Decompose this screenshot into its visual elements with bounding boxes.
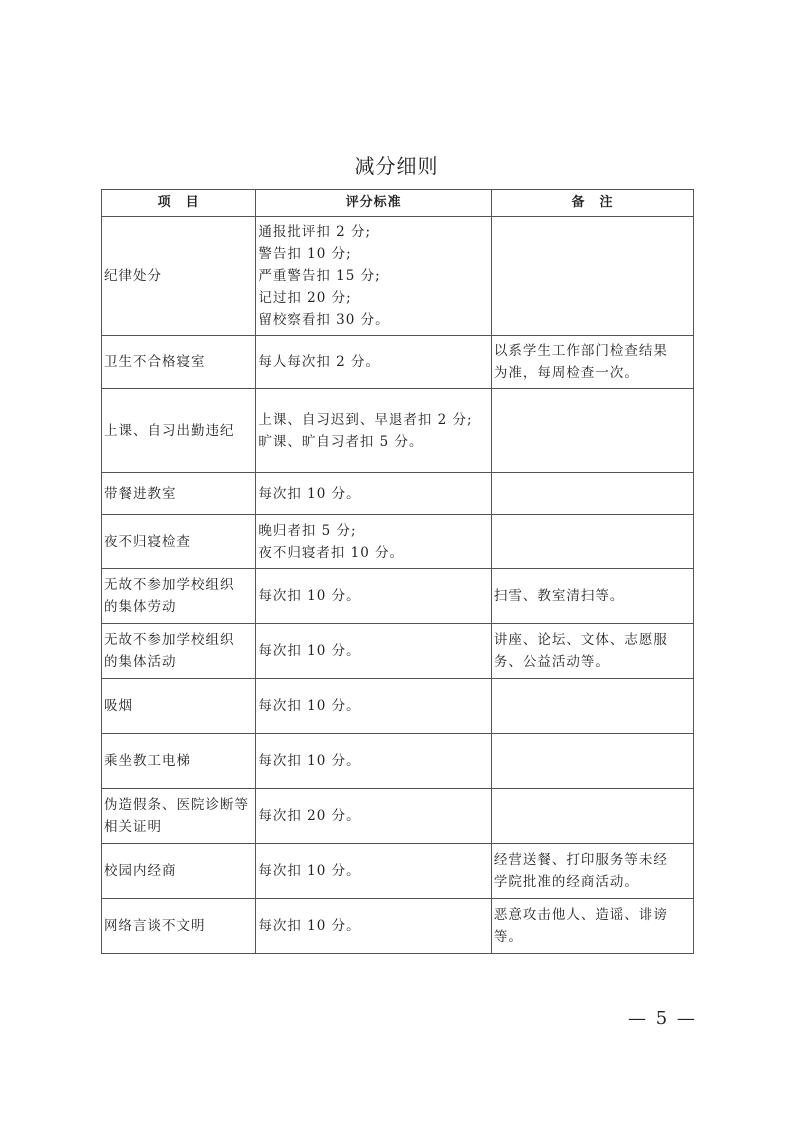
table-row: 带餐进教室每次扣 10 分。 [102,473,694,515]
table-body: 纪律处分通报批评扣 2 分;警告扣 10 分;严重警告扣 15 分;记过扣 20… [102,217,694,954]
remark-cell-line: 讲座、论坛、文体、志愿服 [494,629,691,651]
remark-cell: 以系学生工作部门检查结果为准，每周检查一次。 [491,336,693,389]
table-row: 乘坐教工电梯每次扣 10 分。 [102,734,694,789]
deduction-rules-table: 项 目 评分标准 备 注 纪律处分通报批评扣 2 分;警告扣 10 分;严重警告… [101,189,694,954]
remark-cell-line: 扫雪、教室清扫等。 [494,585,691,607]
standard-cell-line: 夜不归寝者扣 10 分。 [258,542,489,564]
remark-cell [491,389,693,473]
remark-cell [491,734,693,789]
standard-cell: 每次扣 10 分。 [256,569,492,624]
item-cell-line: 无故不参加学校组织 [104,629,253,651]
standard-cell: 通报批评扣 2 分;警告扣 10 分;严重警告扣 15 分;记过扣 20 分;留… [256,217,492,336]
standard-cell-line: 每次扣 20 分。 [258,805,489,827]
header-remark: 备 注 [491,190,693,217]
standard-cell-line: 每次扣 10 分。 [258,750,489,772]
table-header-row: 项 目 评分标准 备 注 [102,190,694,217]
standard-cell: 晚归者扣 5 分;夜不归寝者扣 10 分。 [256,515,492,569]
item-cell: 乘坐教工电梯 [102,734,256,789]
item-cell: 无故不参加学校组织的集体活动 [102,624,256,679]
item-cell-line: 无故不参加学校组织 [104,574,253,596]
item-cell: 上课、自习出勤违纪 [102,389,256,473]
remark-cell: 恶意攻击他人、造谣、诽谤等。 [491,899,693,954]
remark-cell: 经营送餐、打印服务等未经学院批准的经商活动。 [491,844,693,899]
header-item: 项 目 [102,190,256,217]
standard-cell-line: 通报批评扣 2 分; [258,221,489,243]
remark-cell [491,789,693,844]
table-row: 无故不参加学校组织的集体劳动每次扣 10 分。扫雪、教室清扫等。 [102,569,694,624]
standard-cell-line: 记过扣 20 分; [258,287,489,309]
table-row: 网络言谈不文明每次扣 10 分。恶意攻击他人、造谣、诽谤等。 [102,899,694,954]
standard-cell-line: 留校察看扣 30 分。 [258,309,489,331]
standard-cell-line: 每次扣 10 分。 [258,585,489,607]
item-cell: 伪造假条、医院诊断等相关证明 [102,789,256,844]
item-cell-line: 伪造假条、医院诊断等 [104,794,253,816]
item-cell: 纪律处分 [102,217,256,336]
table-row: 夜不归寝检查晚归者扣 5 分;夜不归寝者扣 10 分。 [102,515,694,569]
standard-cell-line: 每次扣 10 分。 [258,915,489,937]
item-cell: 吸烟 [102,679,256,734]
standard-cell-line: 上课、自习迟到、早退者扣 2 分; [258,409,489,431]
item-cell: 无故不参加学校组织的集体劳动 [102,569,256,624]
standard-cell: 每次扣 10 分。 [256,899,492,954]
standard-cell: 每人每次扣 2 分。 [256,336,492,389]
standard-cell: 每次扣 10 分。 [256,624,492,679]
item-cell: 卫生不合格寝室 [102,336,256,389]
standard-cell: 每次扣 10 分。 [256,734,492,789]
standard-cell-line: 每次扣 10 分。 [258,695,489,717]
item-cell: 带餐进教室 [102,473,256,515]
remark-cell-line: 学院批准的经商活动。 [494,871,691,893]
standard-cell: 每次扣 20 分。 [256,789,492,844]
table-row: 无故不参加学校组织的集体活动每次扣 10 分。讲座、论坛、文体、志愿服务、公益活… [102,624,694,679]
remark-cell [491,217,693,336]
standard-cell: 上课、自习迟到、早退者扣 2 分;旷课、旷自习者扣 5 分。 [256,389,492,473]
remark-cell-line: 等。 [494,926,691,948]
table-row: 伪造假条、医院诊断等相关证明每次扣 20 分。 [102,789,694,844]
standard-cell: 每次扣 10 分。 [256,679,492,734]
page-number: — 5 — [628,1008,697,1029]
table-row: 上课、自习出勤违纪上课、自习迟到、早退者扣 2 分;旷课、旷自习者扣 5 分。 [102,389,694,473]
standard-cell-line: 每人每次扣 2 分。 [258,351,489,373]
standard-cell-line: 每次扣 10 分。 [258,483,489,505]
standard-cell-line: 每次扣 10 分。 [258,640,489,662]
remark-cell: 讲座、论坛、文体、志愿服务、公益活动等。 [491,624,693,679]
table-row: 吸烟每次扣 10 分。 [102,679,694,734]
table-row: 纪律处分通报批评扣 2 分;警告扣 10 分;严重警告扣 15 分;记过扣 20… [102,217,694,336]
remark-cell-line: 务、公益活动等。 [494,651,691,673]
standard-cell: 每次扣 10 分。 [256,473,492,515]
item-cell: 夜不归寝检查 [102,515,256,569]
document-title: 减分细则 [0,150,793,179]
table-row: 卫生不合格寝室每人每次扣 2 分。以系学生工作部门检查结果为准，每周检查一次。 [102,336,694,389]
remark-cell: 扫雪、教室清扫等。 [491,569,693,624]
remark-cell [491,679,693,734]
item-cell: 校园内经商 [102,844,256,899]
header-standard: 评分标准 [256,190,492,217]
remark-cell-line: 经营送餐、打印服务等未经 [494,849,691,871]
standard-cell-line: 每次扣 10 分。 [258,860,489,882]
item-cell: 网络言谈不文明 [102,899,256,954]
remark-cell [491,515,693,569]
item-cell-line: 相关证明 [104,816,253,838]
standard-cell: 每次扣 10 分。 [256,844,492,899]
table-row: 校园内经商每次扣 10 分。经营送餐、打印服务等未经学院批准的经商活动。 [102,844,694,899]
remark-cell-line: 以系学生工作部门检查结果 [494,340,691,362]
standard-cell-line: 严重警告扣 15 分; [258,265,489,287]
remark-cell-line: 恶意攻击他人、造谣、诽谤 [494,904,691,926]
remark-cell [491,473,693,515]
item-cell-line: 的集体劳动 [104,596,253,618]
item-cell-line: 的集体活动 [104,651,253,673]
remark-cell-line: 为准，每周检查一次。 [494,362,691,384]
standard-cell-line: 旷课、旷自习者扣 5 分。 [258,431,489,453]
standard-cell-line: 晚归者扣 5 分; [258,520,489,542]
standard-cell-line: 警告扣 10 分; [258,243,489,265]
